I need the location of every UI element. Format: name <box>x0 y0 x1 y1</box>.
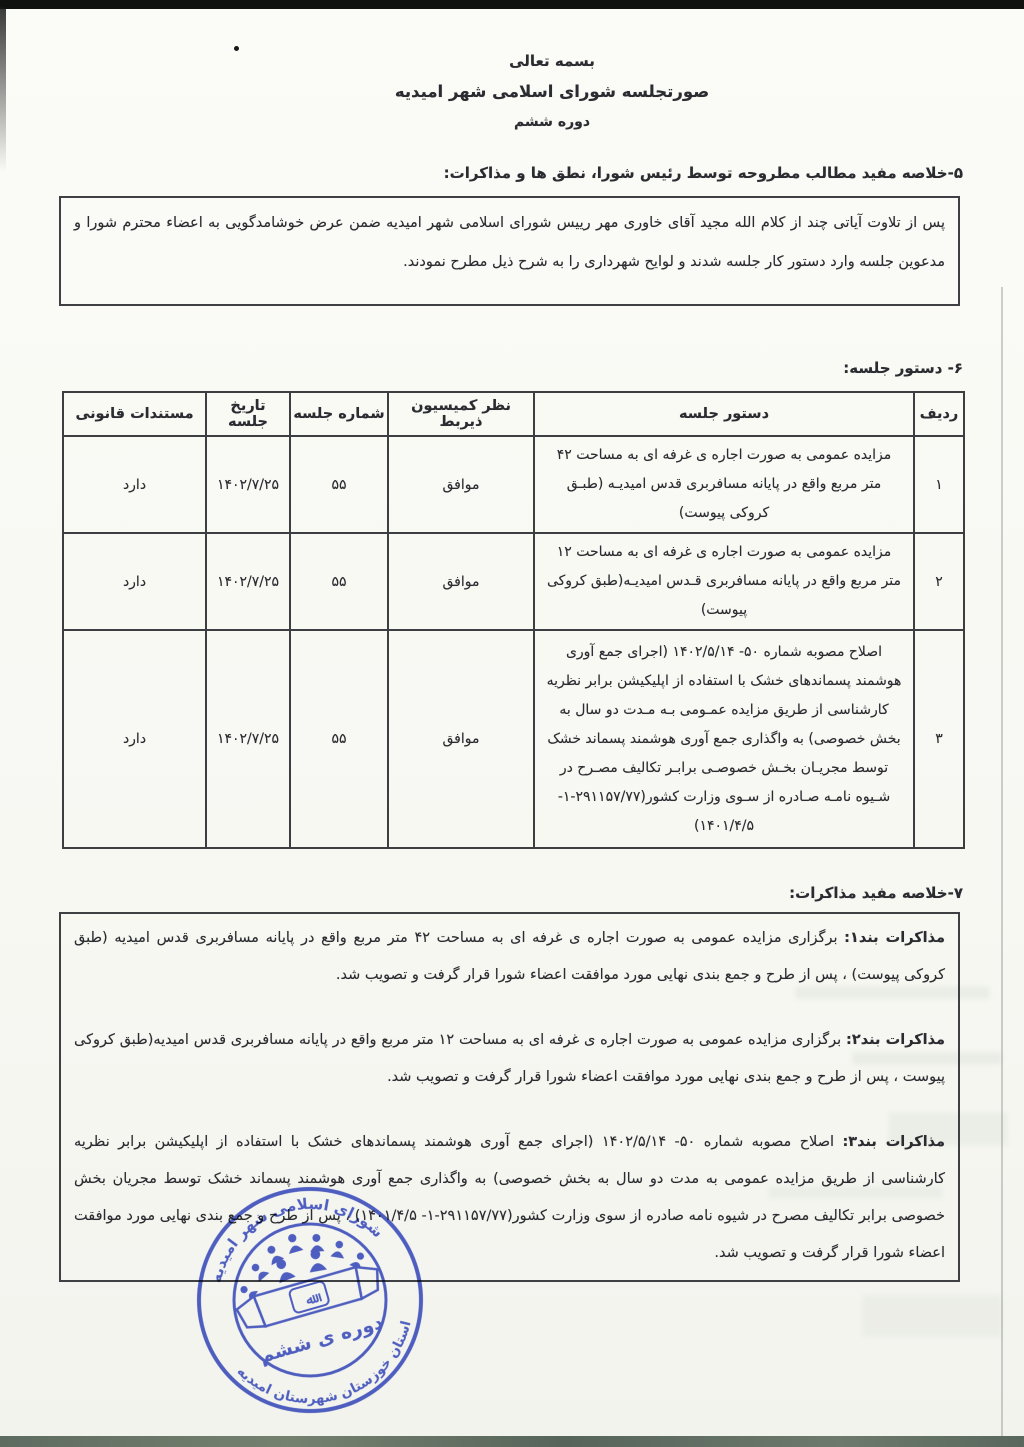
cell-row-number: ۱ <box>914 436 964 533</box>
col-header-legal-docs: مستندات قانونی <box>63 392 206 436</box>
ink-dot-artifact <box>234 46 239 51</box>
bismillah-line: بسمه تعالی <box>40 52 1024 70</box>
discussion-item-lead: مذاکرات بند۱: <box>844 930 945 946</box>
discussion-item-2: مذاکرات بند۲: برگزاری مزایده عمومی به صو… <box>74 1022 945 1096</box>
document-title: صورتجلسه شورای اسلامی شهر امیدیه <box>40 82 1024 101</box>
cell-row-number: ۳ <box>914 630 964 848</box>
scan-edge-right-line <box>1001 287 1003 1436</box>
section5-box: پس از تلاوت آیاتی چند از کلام الله مجید … <box>59 196 960 306</box>
cell-agenda: اصلاح مصوبه شماره ۵۰- ۱۴۰۲/۵/۱۴ (اجرای ج… <box>534 630 914 848</box>
cell-session-number: ۵۵ <box>290 436 388 533</box>
cell-commission-opinion: موافق <box>388 630 534 848</box>
table-row: ۲ مزایده عمومی به صورت اجاره ی غرفه ای ب… <box>63 533 964 630</box>
col-header-commission-opinion: نظر کمیسیون ذیربط <box>388 392 534 436</box>
cell-legal-docs: دارد <box>63 533 206 630</box>
discussion-item-1: مذاکرات بند۱: برگزاری مزایده عمومی به صو… <box>74 920 945 994</box>
scan-edge-bottom <box>0 1436 1024 1447</box>
section5-heading: ۵-خلاصه مفید مطالب مطروحه توسط رئیس شورا… <box>444 164 963 182</box>
table-row: ۳ اصلاح مصوبه شماره ۵۰- ۱۴۰۲/۵/۱۴ (اجرای… <box>63 630 964 848</box>
cell-commission-opinion: موافق <box>388 533 534 630</box>
cell-session-date: ۱۴۰۲/۷/۲۵ <box>206 533 290 630</box>
cell-session-number: ۵۵ <box>290 630 388 848</box>
agenda-table: ردیف دستور جلسه نظر کمیسیون ذیربط شماره … <box>62 391 965 849</box>
cell-legal-docs: دارد <box>63 436 206 533</box>
cell-session-date: ۱۴۰۲/۷/۲۵ <box>206 630 290 848</box>
scan-edge-top <box>0 0 1024 9</box>
section6-heading: ۶- دستور جلسه: <box>843 359 963 377</box>
cell-commission-opinion: موافق <box>388 436 534 533</box>
table-header-row: ردیف دستور جلسه نظر کمیسیون ذیربط شماره … <box>63 392 964 436</box>
document-header: بسمه تعالی صورتجلسه شورای اسلامی شهر امی… <box>40 52 1024 130</box>
cell-agenda: مزایده عمومی به صورت اجاره ی غرفه ای به … <box>534 436 914 533</box>
term-subtitle: دوره ششم <box>40 114 1024 130</box>
table-row: ۱ مزایده عمومی به صورت اجاره ی غرفه ای ب… <box>63 436 964 533</box>
discussion-item-lead: مذاکرات بند۳: <box>842 1134 945 1150</box>
section7-heading: ۷-خلاصه مفید مذاکرات: <box>789 884 963 902</box>
scan-edge-left-smudge <box>0 7 6 172</box>
cell-row-number: ۲ <box>914 533 964 630</box>
cell-session-number: ۵۵ <box>290 533 388 630</box>
discussion-item-lead: مذاکرات بند۲: <box>846 1032 945 1048</box>
col-header-agenda: دستور جلسه <box>534 392 914 436</box>
discussion-item-body: برگزاری مزایده عمومی به صورت اجاره ی غرف… <box>74 1032 945 1085</box>
bleedthrough-artifact <box>862 1295 1002 1337</box>
cell-agenda: مزایده عمومی به صورت اجاره ی غرفه ای به … <box>534 533 914 630</box>
section5-body: پس از تلاوت آیاتی چند از کلام الله مجید … <box>74 204 945 282</box>
col-header-session-number: شماره جلسه <box>290 392 388 436</box>
cell-session-date: ۱۴۰۲/۷/۲۵ <box>206 436 290 533</box>
cell-legal-docs: دارد <box>63 630 206 848</box>
discussion-item-body: برگزاری مزایده عمومی به صورت اجاره ی غرف… <box>74 930 945 983</box>
col-header-row-number: ردیف <box>914 392 964 436</box>
col-header-session-date: تاریخ جلسه <box>206 392 290 436</box>
